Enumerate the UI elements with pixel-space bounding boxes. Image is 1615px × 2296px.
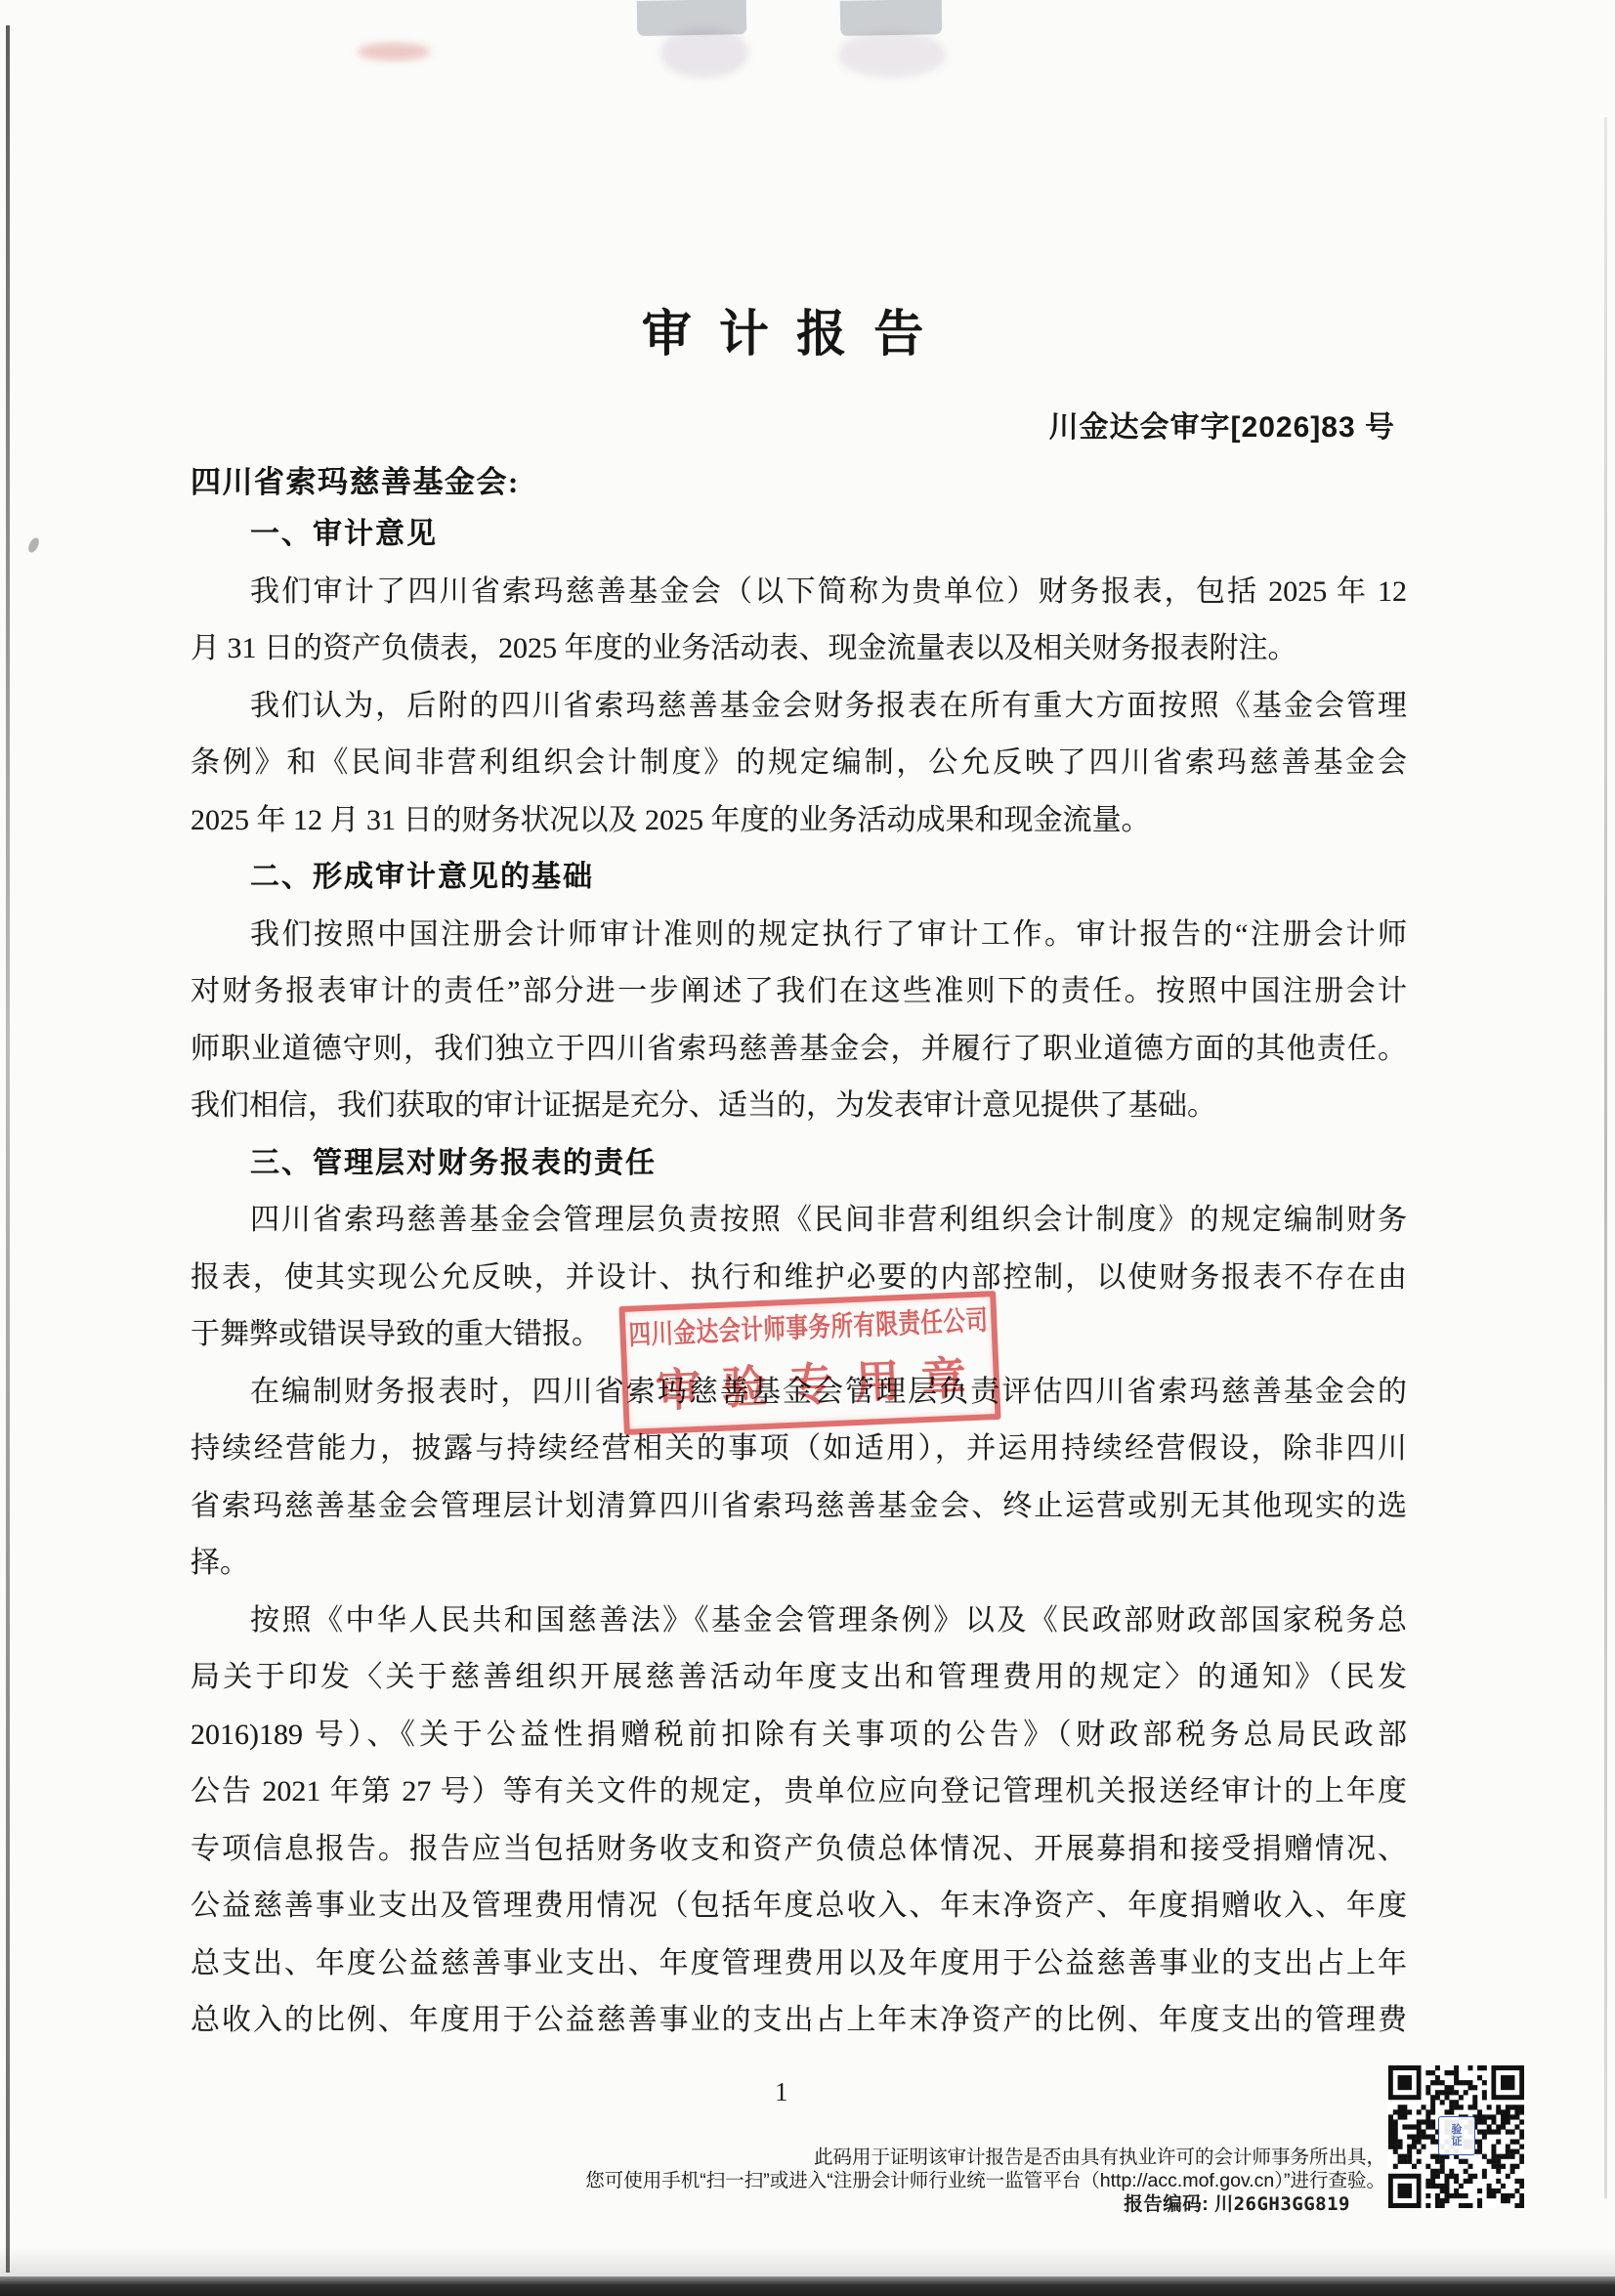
paragraph-line: 月 31 日的资产负债表，2025 年度的业务活动表、现金流量表以及相关财务报表… — [191, 620, 1407, 678]
stamp-seal-type: 审验专用章 — [627, 1341, 995, 1422]
scanned-audit-report-page: 审 计 报 告 川金达会审字[2026]83 号 四川省索玛慈善基金会: 一、审… — [0, 0, 1615, 2296]
report-code-value: 川26GH3GG819 — [1214, 2193, 1350, 2215]
paragraph-line: 我们按照中国注册会计师审计准则的规定执行了审计工作。审计报告的“注册会计师 — [191, 907, 1407, 964]
document-body: 一、审计意见我们审计了四川省索玛慈善基金会（以下简称为贵单位）财务报表，包括 2… — [191, 506, 1407, 2050]
verification-note: 此码用于证明该审计报告是否由具有执业许可的会计师事务所出具， 您可使用手机“扫一… — [293, 2146, 1385, 2216]
paragraph-line: 按照《中华人民共和国慈善法》《基金会管理条例》以及《民政部财政部国家税务总 — [191, 1593, 1407, 1650]
section-heading: 一、审计意见 — [191, 506, 1407, 564]
paragraph-line: 我们审计了四川省索玛慈善基金会（以下简称为贵单位）财务报表，包括 2025 年 … — [191, 564, 1407, 621]
paragraph-line: 条例》和《民间非营利组织会计制度》的规定编制，公允反映了四川省索玛慈善基金会 — [191, 735, 1407, 792]
paragraph-line: 专项信息报告。报告应当包括财务收支和资产负债总体情况、开展募捐和接受捐赠情况、 — [191, 1821, 1407, 1879]
report-code-line: 报告编码: 川26GH3GG819 — [293, 2192, 1385, 2216]
section-heading: 三、管理层对财务报表的责任 — [191, 1135, 1407, 1193]
fold-mark-artifact — [27, 536, 41, 554]
paragraph-line: 择。 — [191, 1535, 1407, 1593]
paragraph-line: 总收入的比例、年度用于公益慈善事业的支出占上年末净资产的比例、年度支出的管理费 — [191, 1992, 1407, 2050]
document-title: 审 计 报 告 — [0, 293, 1615, 365]
scan-edge-right — [1604, 117, 1607, 2198]
ink-smudge-artifact — [838, 31, 946, 78]
page-number: 1 — [775, 2077, 788, 2107]
paragraph-line: 局关于印发〈关于慈善组织开展慈善活动年度支出和管理费用的规定〉的通知》（民发 — [191, 1649, 1407, 1707]
paragraph-line: 对财务报表审计的责任”部分进一步阐述了我们在这些准则下的责任。按照中国注册会计 — [191, 963, 1407, 1021]
paragraph-line: 四川省索玛慈善基金会管理层负责按照《民间非营利组织会计制度》的规定编制财务 — [191, 1192, 1407, 1250]
report-reference-number: 川金达会审字[2026]83 号 — [191, 403, 1395, 446]
scan-bottom-shadow — [0, 2247, 1615, 2276]
paragraph-line: 省索玛慈善基金会管理层计划清算四川省索玛慈善基金会、终止运营或别无其他现实的选 — [191, 1478, 1407, 1536]
paragraph-line: 报表，使其实现公允反映，并设计、执行和维护必要的内部控制，以使财务报表不存在由 — [191, 1250, 1407, 1307]
section-heading: 二、形成审计意见的基础 — [191, 849, 1407, 907]
report-code-label: 报告编码: — [1124, 2193, 1214, 2215]
paragraph-line: 2025 年 12 月 31 日的财务状况以及 2025 年度的业务活动成果和现… — [191, 792, 1407, 850]
qr-center-logo: 验 证 — [1438, 2116, 1475, 2155]
verification-note-line1: 此码用于证明该审计报告是否由具有执业许可的会计师事务所出具， — [293, 2146, 1385, 2169]
verification-note-line2: 您可使用手机“扫一扫”或进入“注册会计师行业统一监管平台（http://acc.… — [293, 2169, 1385, 2192]
scan-edge-bottom — [0, 2276, 1615, 2296]
paragraph-line: 公告 2021 年第 27 号）等有关文件的规定，贵单位应向登记管理机关报送经审… — [191, 1764, 1407, 1821]
ink-smudge-artifact — [358, 43, 430, 61]
verification-qr-code: 验 证 — [1388, 2065, 1524, 2208]
paragraph-line: 师职业道德守则，我们独立于四川省索玛慈善基金会，并履行了职业道德方面的其他责任。 — [191, 1021, 1407, 1079]
paragraph-line: 我们相信，我们获取的审计证据是充分、适当的，为发表审计意见提供了基础。 — [191, 1078, 1407, 1135]
paragraph-line: 总支出、年度公益慈善事业支出、年度管理费用以及年度用于公益慈善事业的支出占上年 — [191, 1935, 1407, 1993]
addressee: 四川省索玛慈善基金会: — [191, 457, 1407, 501]
paragraph-line: 公益慈善事业支出及管理费用情况（包括年度总收入、年末净资产、年度捐赠收入、年度 — [191, 1878, 1407, 1935]
red-audit-stamp: 四川金达会计师事务所有限责任公司 审验专用章 — [618, 1291, 1000, 1435]
paragraph-line: 2016)189 号）、《关于公益性捐赠税前扣除有关事项的公告》（财政部税务总局… — [191, 1707, 1407, 1765]
paragraph-line: 我们认为，后附的四川省索玛慈善基金会财务报表在所有重大方面按照《基金会管理 — [191, 678, 1407, 736]
ink-smudge-artifact — [660, 27, 748, 78]
paragraph-line: 持续经营能力，披露与持续经营相关的事项（如适用），并运用持续经营假设，除非四川 — [191, 1421, 1407, 1478]
